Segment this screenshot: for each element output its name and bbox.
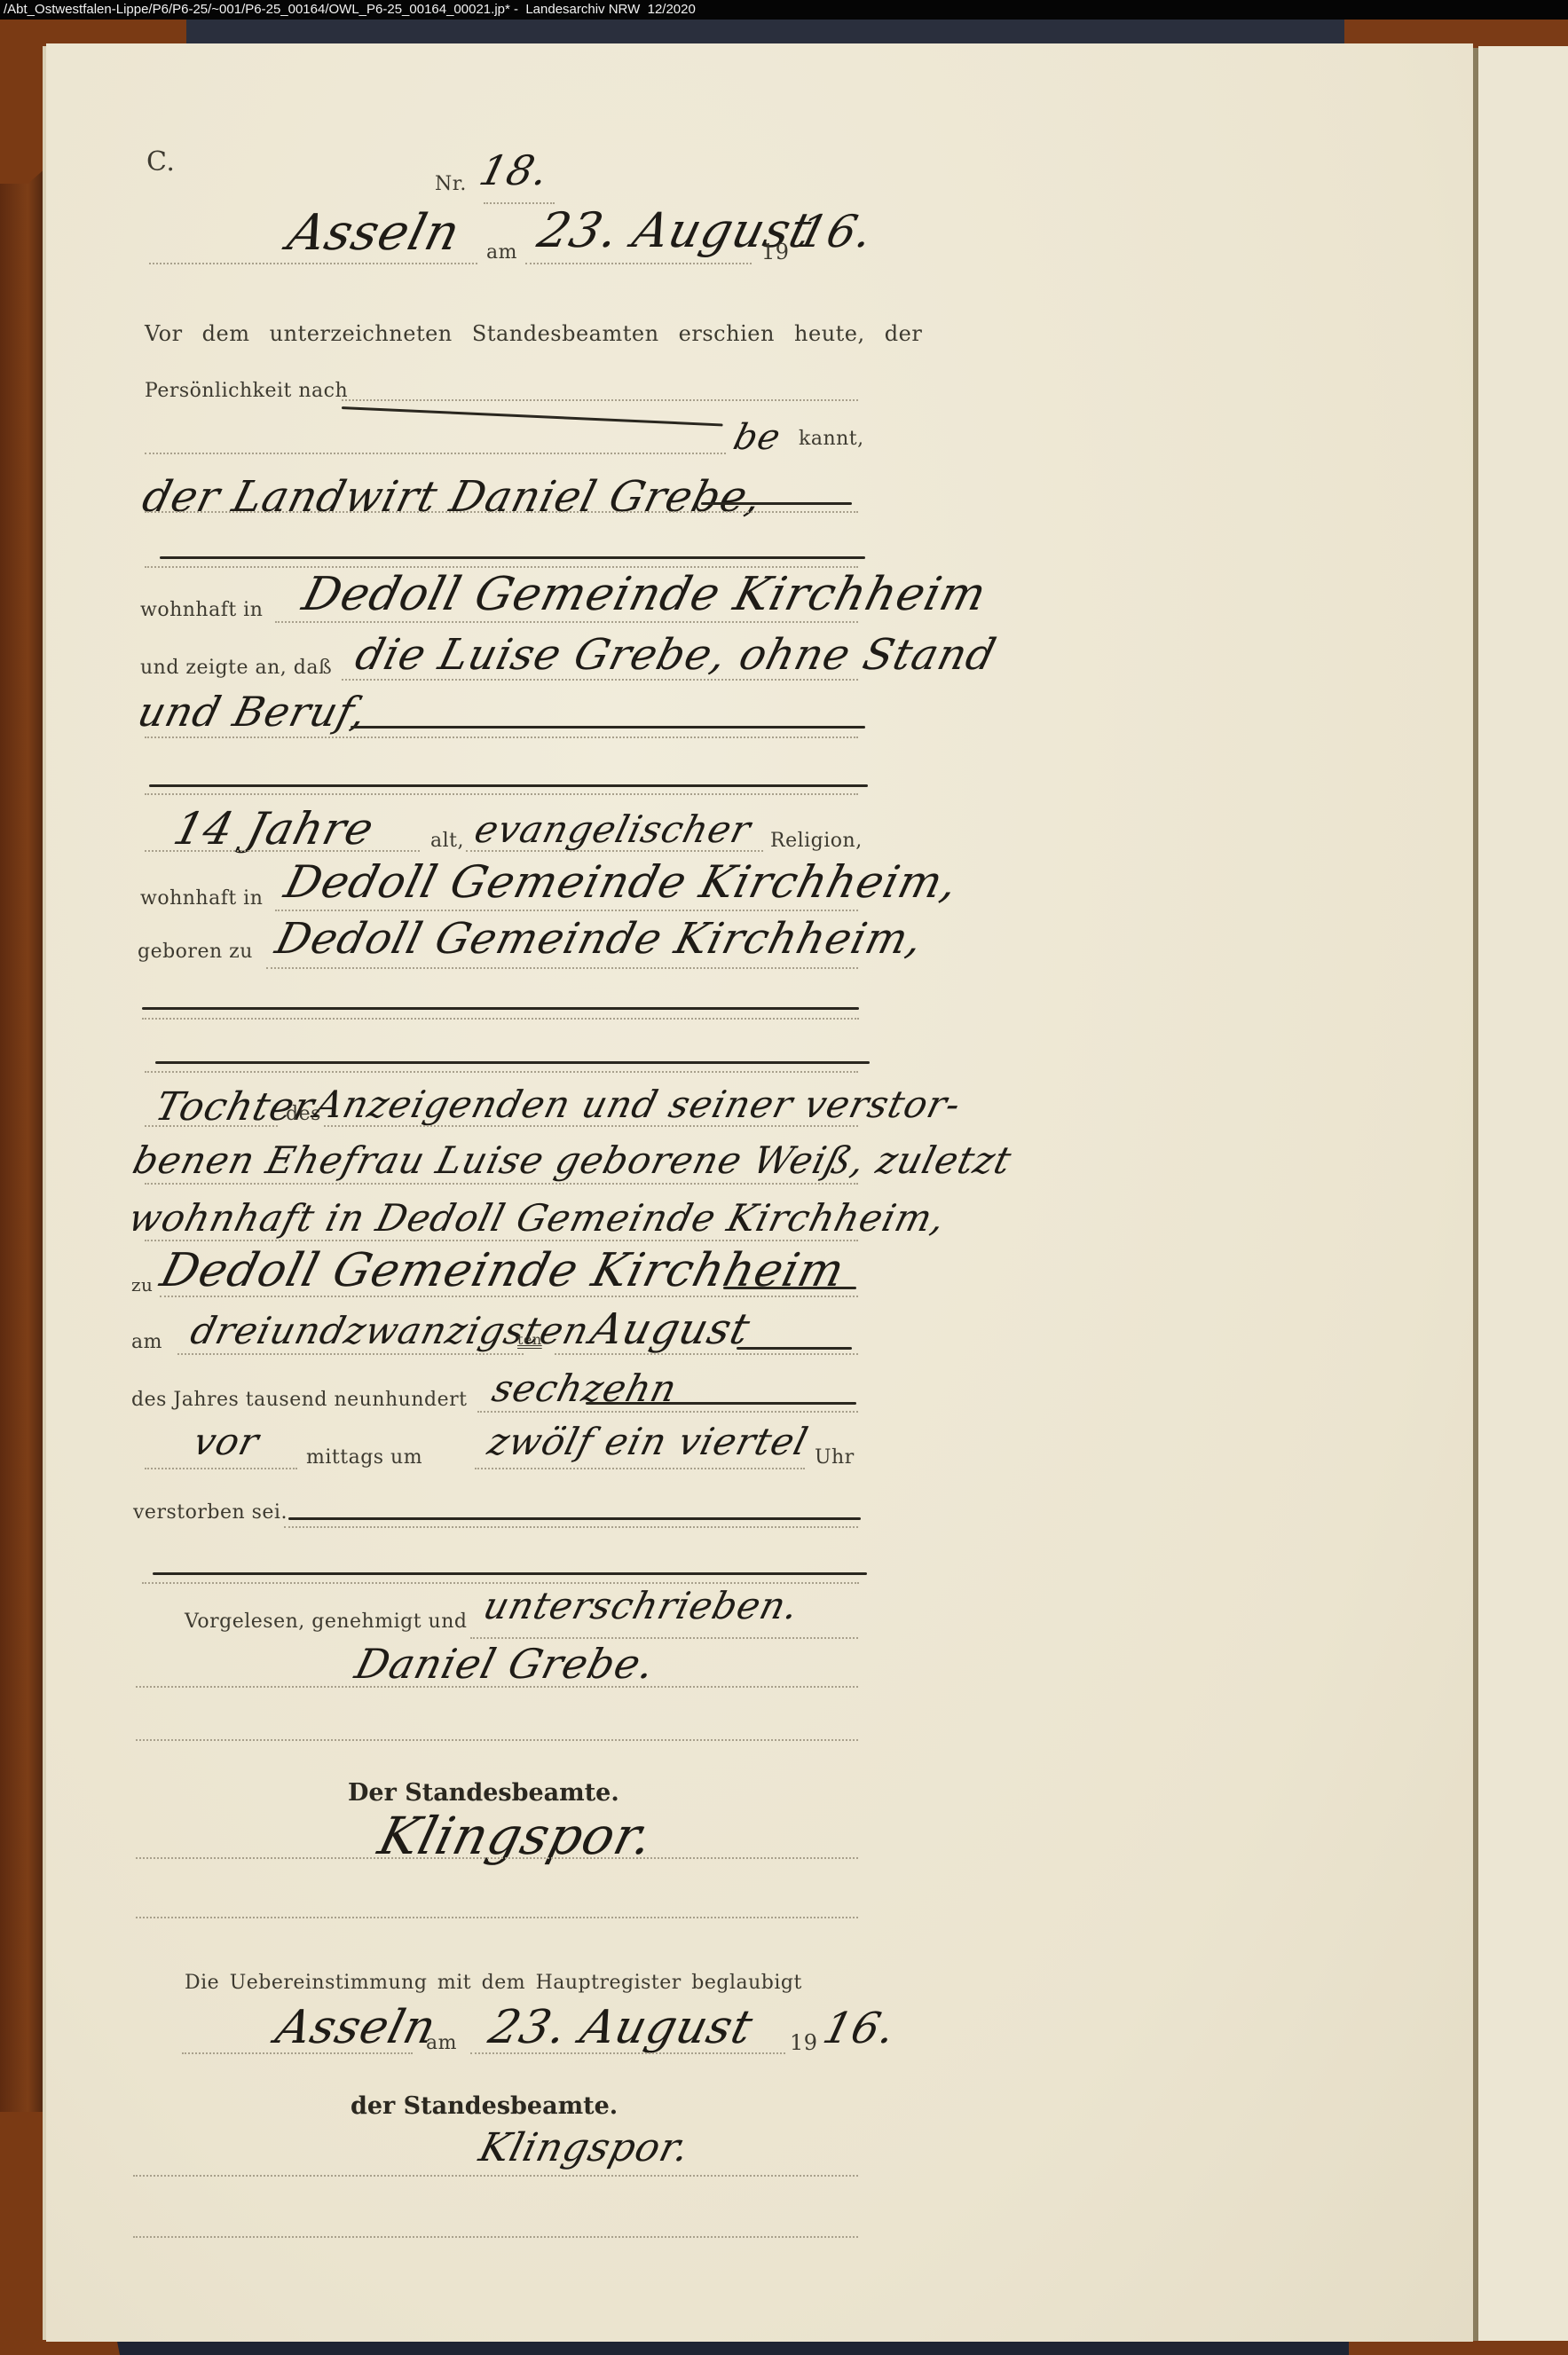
section-rule xyxy=(142,1007,859,1010)
dotted-line xyxy=(342,399,858,401)
dotted-line xyxy=(475,1468,805,1469)
ten-label: ten xyxy=(517,1331,542,1348)
residence-label: wohnhaft in xyxy=(140,599,263,621)
religion-label: Religion, xyxy=(770,830,863,852)
approval-label: Vorgelesen, genehmigt und xyxy=(185,1611,467,1633)
birthplace-label: geboren zu xyxy=(138,941,253,963)
fill-line xyxy=(288,1517,861,1520)
death-month-value: August xyxy=(586,1304,755,1354)
known-suffix: kannt, xyxy=(799,428,864,450)
dotted-line xyxy=(136,1857,858,1859)
deceased-residence-label: wohnhaft in xyxy=(140,887,263,910)
dotted-line xyxy=(149,263,477,264)
certification-year-suffix: 16. xyxy=(818,2004,901,2053)
dotted-line xyxy=(142,1018,859,1020)
header-am-label: am xyxy=(486,241,517,264)
dotted-line xyxy=(324,1125,858,1127)
ampm-value: vor xyxy=(189,1420,264,1463)
dotted-line xyxy=(136,1739,858,1741)
section-rule xyxy=(153,1572,867,1575)
death-time-value: zwölf ein viertel xyxy=(484,1420,813,1463)
dotted-line xyxy=(266,967,858,969)
header-year-prefix: 19 xyxy=(761,240,790,264)
dotted-line xyxy=(160,1296,858,1297)
certification-year-prefix: 19 xyxy=(790,2030,818,2055)
dotted-line xyxy=(136,1917,858,1918)
header-place: Asseln xyxy=(282,204,466,262)
dotted-line xyxy=(133,2175,858,2177)
age-value: 14 Jahre xyxy=(169,803,380,855)
dotted-line xyxy=(133,2236,858,2238)
residence-value: Dedoll Gemeinde Kirchheim xyxy=(297,568,992,621)
intro-line-1: Vor dem unterzeichneten Standesbeamten e… xyxy=(145,321,922,346)
dotted-line xyxy=(145,1468,297,1469)
dotted-line xyxy=(145,736,858,738)
dotted-line xyxy=(177,1353,524,1355)
certification-title: der Standesbeamte. xyxy=(351,2092,618,2120)
dotted-line xyxy=(555,1353,858,1355)
certification-signature: Klingspor. xyxy=(475,2125,695,2170)
dotted-line xyxy=(145,453,726,454)
personality-label: Persönlichkeit nach xyxy=(145,380,348,402)
nr-label: Nr. xyxy=(435,173,467,195)
dotted-line xyxy=(477,1411,858,1413)
dotted-line xyxy=(145,850,420,852)
religion-value: evangelischer xyxy=(470,807,756,851)
dotted-line xyxy=(145,511,858,513)
certification-am-label: am xyxy=(426,2032,457,2054)
informant-name: der Landwirt Daniel Grebe, xyxy=(138,472,768,522)
form-letter: C. xyxy=(146,146,175,177)
approval-value: unterschrieben. xyxy=(479,1584,804,1627)
dotted-line xyxy=(145,793,858,795)
window-title-bar: /Abt_Ostwestfalen-Lippe/P6/P6-25/~001/P6… xyxy=(0,0,1568,20)
dotted-line xyxy=(145,1071,858,1073)
announcement-label: und zeigte an, daß xyxy=(140,657,332,679)
mittags-label: mittags um xyxy=(306,1446,422,1469)
announcement-value-2: und Beruf, xyxy=(133,688,372,736)
dotted-line xyxy=(284,1526,858,1528)
fill-line xyxy=(723,1287,856,1289)
deceased-residence-value: Dedoll Gemeinde Kirchheim, xyxy=(280,856,964,908)
dotted-line xyxy=(525,263,752,264)
certification-place: Asseln xyxy=(271,2001,442,2054)
parents-line-1: Anzeigenden und seiner verstor- xyxy=(311,1083,965,1126)
age-label: alt, xyxy=(430,830,464,852)
dotted-line xyxy=(145,1125,278,1127)
dotted-line xyxy=(182,2052,413,2054)
fill-line xyxy=(737,1347,852,1350)
section-rule xyxy=(155,1061,870,1064)
dotted-line xyxy=(466,850,763,852)
header-year-suffix: 16. xyxy=(792,206,879,257)
dotted-line xyxy=(342,679,858,681)
death-place-label: zu xyxy=(131,1274,153,1296)
death-day-label: am xyxy=(131,1331,162,1353)
leather-spine-edge xyxy=(0,20,46,2355)
death-place-value: Dedoll Gemeinde Kirchheim xyxy=(155,1244,850,1297)
uhr-label: Uhr xyxy=(815,1446,855,1469)
registrar-title: Der Standesbeamte. xyxy=(348,1779,619,1807)
section-rule xyxy=(160,556,865,559)
document-page-right xyxy=(1478,46,1568,2341)
dotted-line xyxy=(470,2052,785,2054)
dotted-line xyxy=(275,910,858,911)
dotted-line xyxy=(145,1240,858,1241)
dotted-line xyxy=(470,1637,858,1639)
dotted-line xyxy=(275,621,858,623)
announcement-value-1: die Luise Grebe, ohne Stand xyxy=(351,630,1001,680)
register-number: 18. xyxy=(475,146,555,194)
death-year-label: des Jahres tausend neunhundert xyxy=(131,1389,467,1411)
dotted-line xyxy=(484,202,555,204)
section-rule xyxy=(149,784,868,787)
certification-text: Die Uebereinstimmung mit dem Hauptregist… xyxy=(185,1972,802,1994)
fill-line xyxy=(586,1402,856,1405)
informant-signature: Daniel Grebe. xyxy=(351,1640,660,1688)
parents-line-3: wohnhaft in Dedoll Gemeinde Kirchheim, xyxy=(124,1196,950,1240)
parents-line-2: benen Ehefrau Luise geborene Weiß, zulet… xyxy=(129,1138,1016,1182)
birthplace-value: Dedoll Gemeinde Kirchheim, xyxy=(271,914,928,964)
fill-line xyxy=(351,726,865,729)
verstorben-label: verstorben sei. xyxy=(133,1501,288,1524)
dotted-line xyxy=(136,1686,858,1688)
dotted-line xyxy=(145,1183,858,1185)
certification-date: 23. August xyxy=(484,2001,759,2054)
fill-line xyxy=(701,502,852,505)
